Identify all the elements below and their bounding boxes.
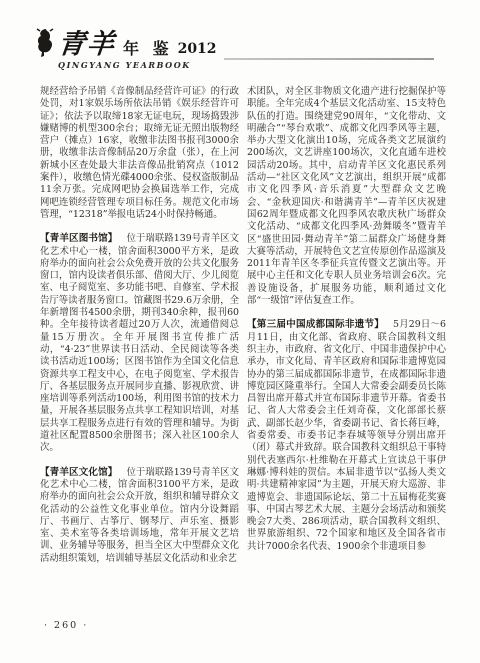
ink-goat-calligraphy-icon: [36, 28, 54, 58]
right-column: 术团队，对全区非物质文化遗产进行挖掘保护等职能。全年完成4个基层文化活动室、15…: [247, 86, 446, 565]
logo-suffix-text: 年 鉴: [123, 39, 173, 58]
entry-text: 5月29日～6月11日，由文化部、省政府、联合国教科文组织主办，市政府、省文化厅…: [247, 319, 446, 551]
entry-text: 位于瑞联路139号青羊区文化艺术中心一楼，馆舍面积3000平方米，是政府举办的面…: [40, 233, 239, 453]
entry-heading: 【青羊区图书馆】: [40, 233, 117, 244]
continued-paragraph: 术团队，对全区非物质文化遗产进行挖掘保护等职能。全年完成4个基层文化活动室、15…: [247, 86, 446, 307]
entry-culture-hall: 【青羊区文化馆】位于瑞联路139号青羊区文化艺术中心二楼，馆舍面积3100平方米…: [40, 467, 239, 565]
logo-year: 2012: [178, 41, 217, 58]
entry-heritage-festival: 【第三届中国成都国际非遗节】5月29日～6月11日，由文化部、省政府、联合国教科…: [247, 319, 446, 553]
page-header: 青羊 年 鉴 2012 QINGYANG YEARBOOK: [36, 28, 434, 78]
entry-heading: 【第三届中国成都国际非遗节】: [247, 319, 384, 330]
logo-script-text: 青羊: [57, 31, 118, 58]
left-column: 规经营给予吊销《音像制品经营许可证》的行政处罚，对1家娱乐场所依法吊销《娱乐经营…: [40, 86, 239, 565]
entry-heading: 【青羊区文化馆】: [40, 467, 117, 478]
logo-subtitle: QINGYANG YEARBOOK: [58, 60, 434, 70]
header-rule: [224, 58, 434, 60]
entry-library: 【青羊区图书馆】位于瑞联路139号青羊区文化艺术中心一楼，馆舍面积3000平方米…: [40, 233, 239, 454]
continued-paragraph: 规经营给予吊销《音像制品经营许可证》的行政处罚，对1家娱乐场所依法吊销《娱乐经营…: [40, 86, 239, 221]
page-number: · 260 ·: [44, 620, 88, 631]
yearbook-page: 青羊 年 鉴 2012 QINGYANG YEARBOOK 规经营给予吊销《音像…: [0, 0, 480, 663]
entry-text: 位于瑞联路139号青羊区文化艺术中心二楼，馆舍面积3100平方米，是政府举办的面…: [40, 467, 239, 564]
yearbook-logo: 青羊 年 鉴 2012: [36, 28, 434, 58]
text-columns: 规经营给予吊销《音像制品经营许可证》的行政处罚，对1家娱乐场所依法吊销《娱乐经营…: [40, 86, 446, 565]
